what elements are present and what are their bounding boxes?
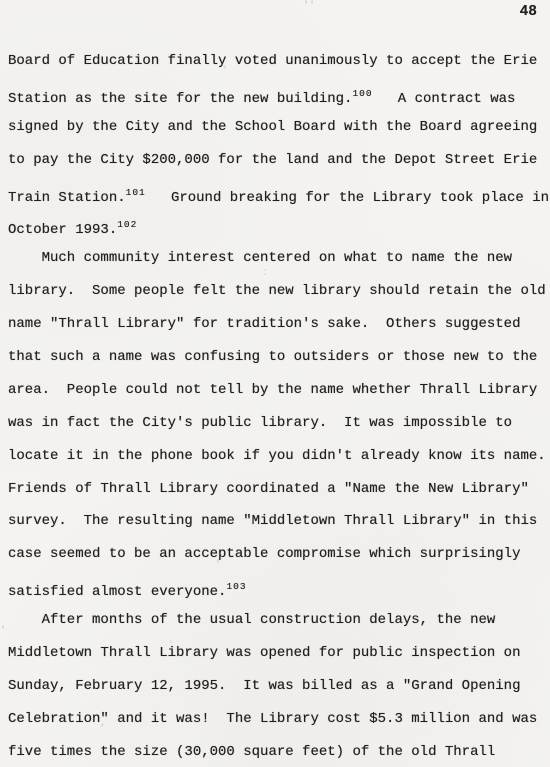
text-body: Board of Education finally voted unanimo… bbox=[8, 45, 549, 767]
scan-artifact: '' bbox=[303, 1, 315, 12]
text-line: Sunday, February 12, 1995. It was billed… bbox=[8, 670, 549, 703]
footnote-reference: 101 bbox=[126, 187, 146, 198]
text-line: was in fact the City's public library. I… bbox=[8, 407, 549, 440]
document-page: 48 Board of Education finally voted unan… bbox=[0, 0, 550, 767]
text-line: Friends of Thrall Library coordinated a … bbox=[8, 473, 549, 506]
footnote-reference: 103 bbox=[226, 581, 246, 592]
text-line: locate it in the phone book if you didn'… bbox=[8, 440, 549, 473]
text-line: survey. The resulting name "Middletown T… bbox=[8, 505, 549, 538]
text-line: to pay the City $200,000 for the land an… bbox=[8, 144, 549, 177]
text-line: that such a name was confusing to outsid… bbox=[8, 341, 549, 374]
text-line: Much community interest centered on what… bbox=[8, 242, 549, 275]
text-line: signed by the City and the School Board … bbox=[8, 111, 549, 144]
page-number: 48 bbox=[520, 4, 537, 20]
footnote-reference: 102 bbox=[117, 219, 137, 230]
text-line: Middletown Thrall Library was opened for… bbox=[8, 637, 549, 670]
text-line: October 1993.102 bbox=[8, 209, 549, 242]
text-line: satisfied almost everyone.103 bbox=[8, 571, 549, 604]
text-line: area. People could not tell by the name … bbox=[8, 374, 549, 407]
footnote-reference: 100 bbox=[352, 88, 372, 99]
scan-artifact: ' bbox=[0, 626, 6, 637]
text-line: five times the size (30,000 square feet)… bbox=[8, 736, 549, 767]
text-line: After months of the usual construction d… bbox=[8, 604, 549, 637]
text-line: name "Thrall Library" for tradition's sa… bbox=[8, 308, 549, 341]
text-line: library. Some people felt the new librar… bbox=[8, 275, 549, 308]
text-line: Celebration" and it was! The Library cos… bbox=[8, 703, 549, 736]
text-line: case seemed to be an acceptable compromi… bbox=[8, 538, 549, 571]
text-line: Station as the site for the new building… bbox=[8, 78, 549, 111]
text-line: Train Station.101 Ground breaking for th… bbox=[8, 177, 549, 210]
text-line: Board of Education finally voted unanimo… bbox=[8, 45, 549, 78]
